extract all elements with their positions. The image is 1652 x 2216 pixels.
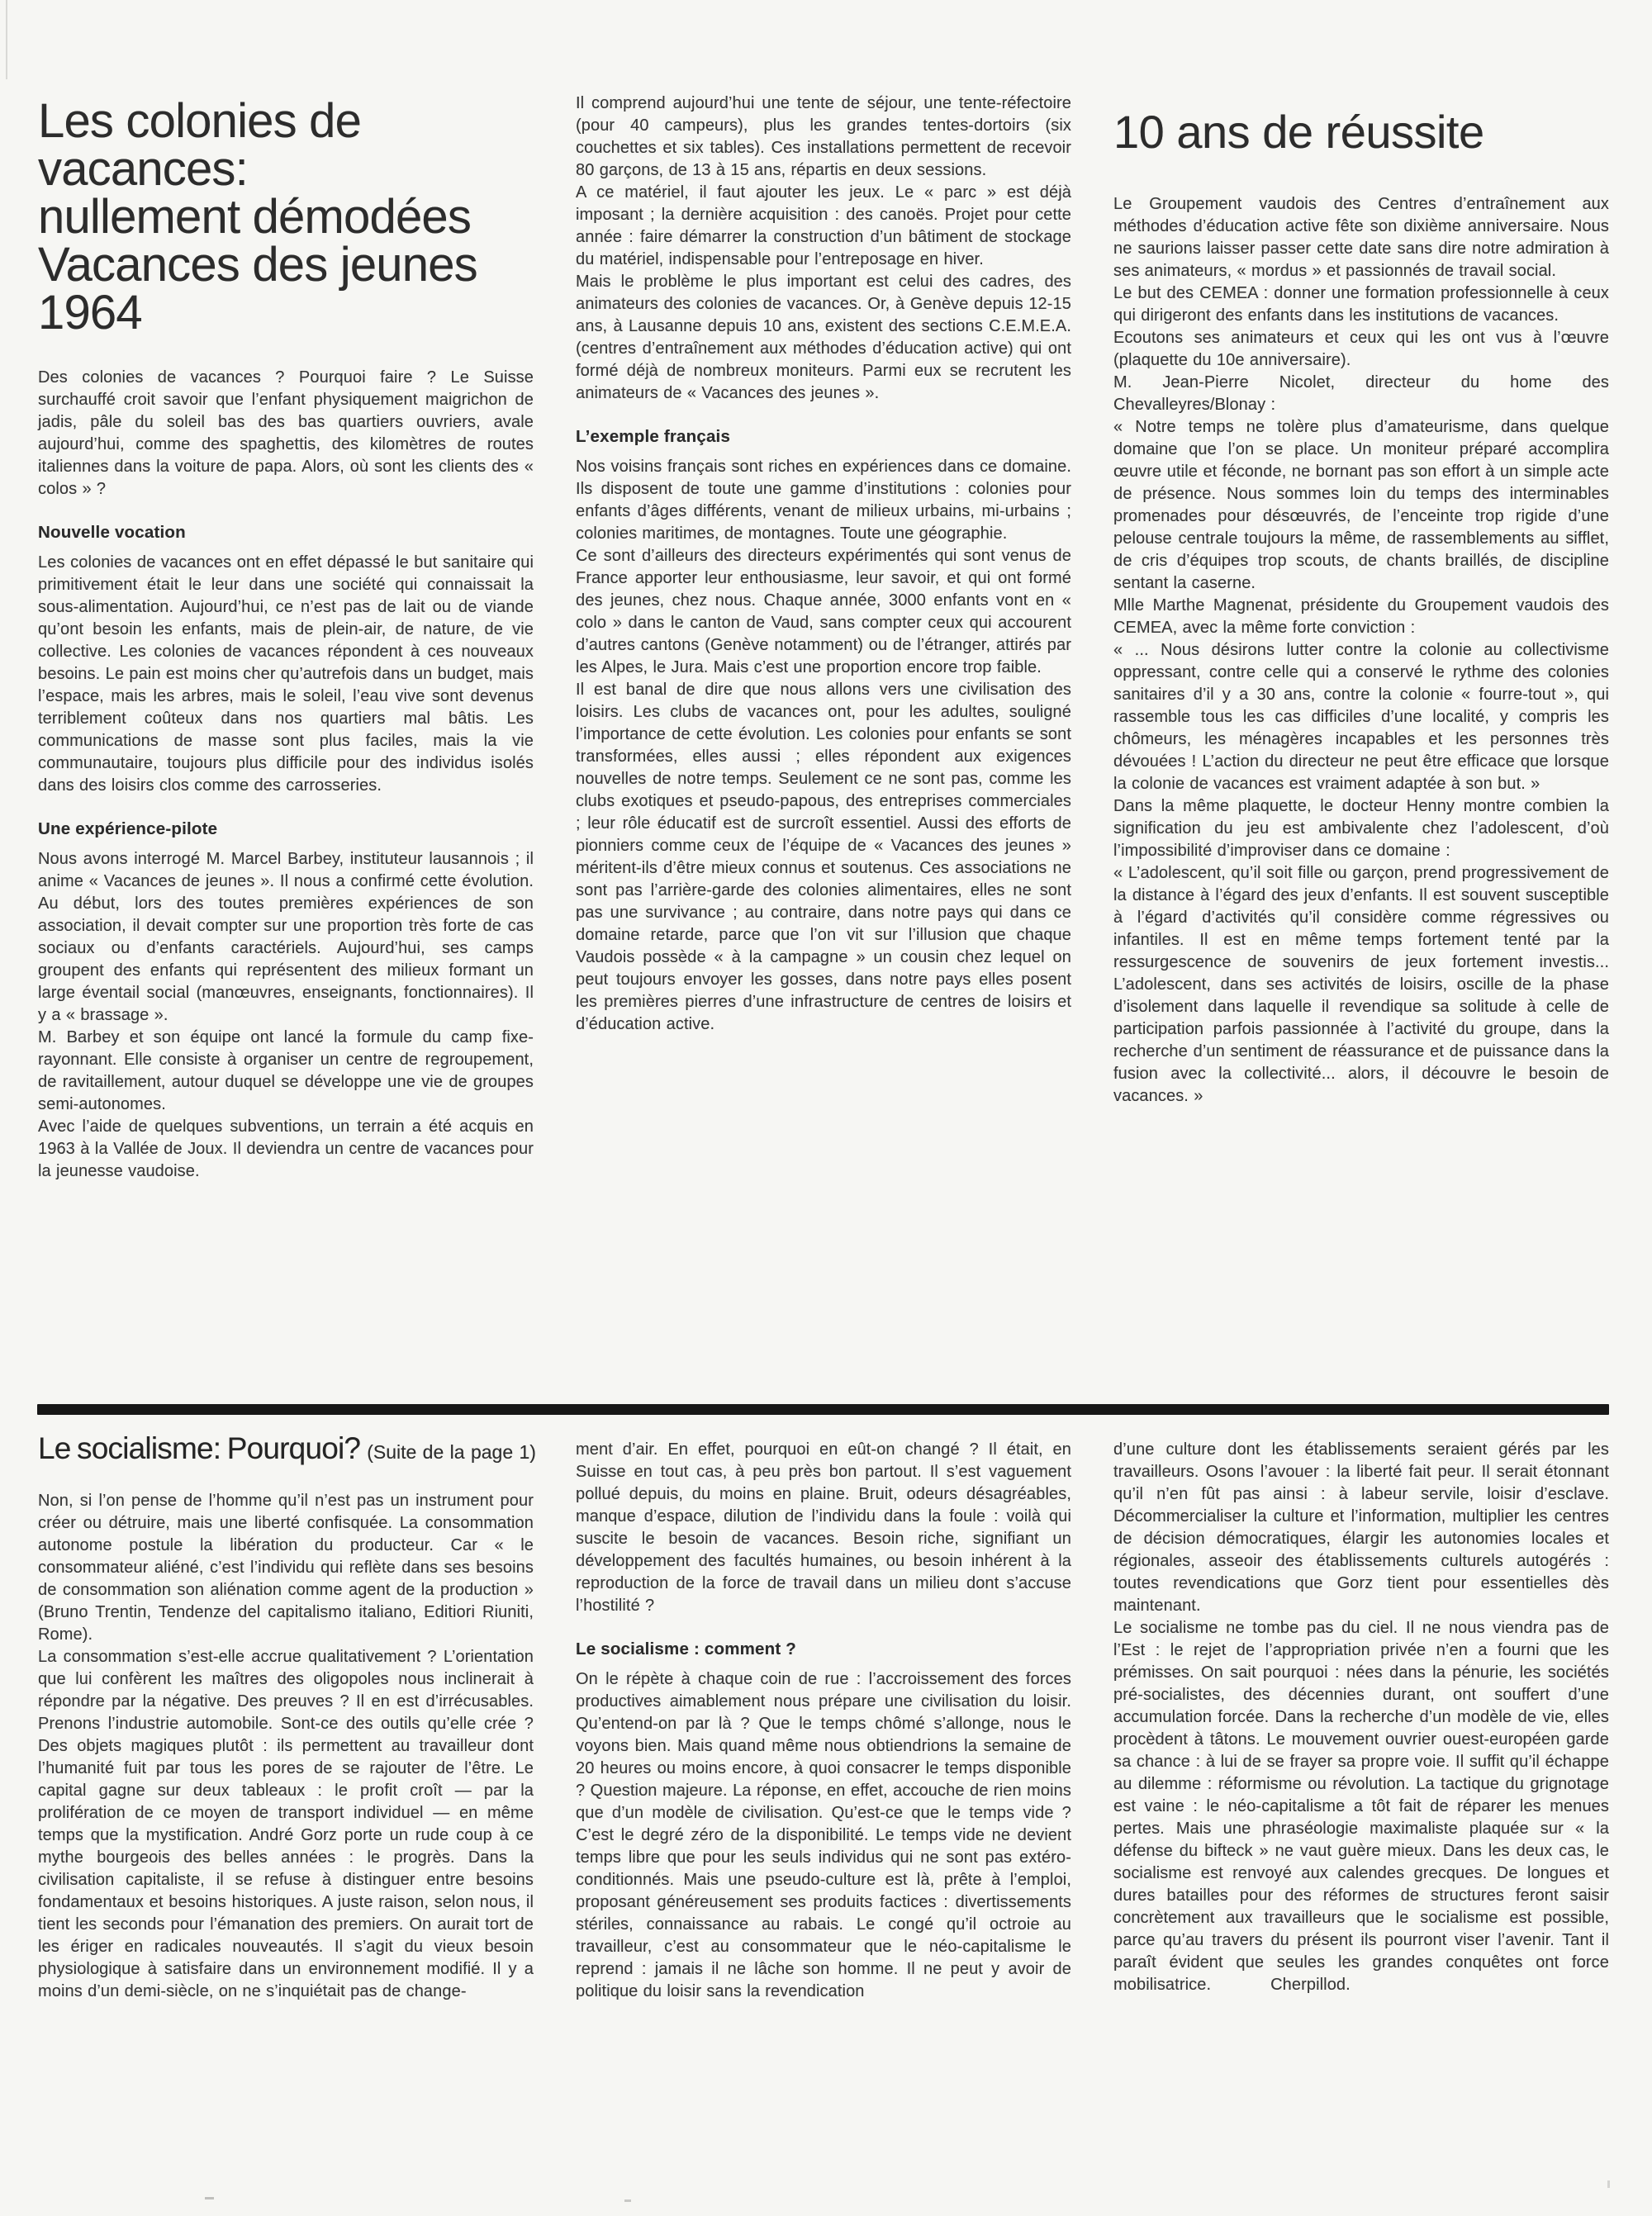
- paragraph: « Notre temps ne tolère plus d’amateuris…: [1113, 416, 1609, 595]
- section-divider-rule: [37, 1404, 1609, 1415]
- paragraph: Les colonies de vacances ont en effet dé…: [38, 552, 534, 797]
- socialisme-column-3-text: d’une culture dont les établissements se…: [1113, 1439, 1609, 1996]
- subhead-exemple-francais: L’exemple français: [576, 427, 1071, 447]
- paragraph: Le Groupement vaudois des Centres d’entr…: [1113, 193, 1609, 282]
- paragraph: Dans la même plaquette, le docteur Henny…: [1113, 795, 1609, 862]
- paragraph: « ... Nous désirons lutter contre la col…: [1113, 639, 1609, 795]
- paragraph: A ce matériel, il faut ajouter les jeux.…: [576, 182, 1071, 271]
- socialisme-column-1-text: Non, si l’on pense de l’homme qu’il n’es…: [38, 1490, 534, 2003]
- paragraph: Des colonies de vacances ? Pourquoi fair…: [38, 367, 534, 501]
- headline-reussite: 10 ans de réussite: [1113, 109, 1609, 155]
- paragraph: Nos voisins français sont riches en expé…: [576, 456, 1071, 545]
- author-signature: Cherpillod.: [1211, 1974, 1351, 1996]
- headline-colonies: Les colonies de vacances: nullement démo…: [38, 97, 534, 337]
- paragraph: Ecoutons ses animateurs et ceux qui les …: [1113, 327, 1609, 372]
- article-socialisme-column-2: ment d’air. En effet, pourquoi en eût-on…: [576, 1439, 1071, 2003]
- paragraph: d’une culture dont les établissements se…: [1113, 1439, 1609, 1617]
- article-colonies-column-1: Les colonies de vacances: nullement démo…: [38, 97, 534, 1183]
- paragraph: « L’adolescent, qu’il soit fille ou garç…: [1113, 862, 1609, 1108]
- article-socialisme-column-3: d’une culture dont les établissements se…: [1113, 1439, 1609, 1996]
- paragraph: Avec l’aide de quelques subventions, un …: [38, 1116, 534, 1183]
- subhead-nouvelle-vocation: Nouvelle vocation: [38, 523, 534, 543]
- headline-socialisme-main: Le socialisme: Pourquoi?: [38, 1431, 360, 1465]
- paragraph: ment d’air. En effet, pourquoi en eût-on…: [576, 1439, 1071, 1617]
- paragraph: La consommation s’est-elle accrue qualit…: [38, 1646, 534, 2003]
- paragraph: M. Barbey et son équipe ont lancé la for…: [38, 1027, 534, 1116]
- paragraph: Mais le problème le plus important est c…: [576, 271, 1071, 405]
- paragraph: Il comprend aujourd’hui une tente de séj…: [576, 93, 1071, 182]
- paragraph: Mlle Marthe Magnenat, présidente du Grou…: [1113, 595, 1609, 639]
- paragraph-text: Le socialisme ne tombe pas du ciel. Il n…: [1113, 1619, 1609, 1994]
- newspaper-page: Les colonies de vacances: nullement démo…: [0, 0, 1652, 2216]
- paragraph: On le répète à chaque coin de rue : l’ac…: [576, 1668, 1071, 2003]
- paragraph: Le but des CEMEA : donner une formation …: [1113, 282, 1609, 327]
- headline-socialisme-suite: (Suite de la page 1): [367, 1441, 536, 1463]
- paragraph: M. Jean-Pierre Nicolet, directeur du hom…: [1113, 372, 1609, 416]
- subhead-experience-pilote: Une expérience-pilote: [38, 819, 534, 839]
- scan-tick-mark: [624, 2199, 631, 2202]
- paragraph: Le socialisme ne tombe pas du ciel. Il n…: [1113, 1617, 1609, 1996]
- colonies-column-2-text: Il comprend aujourd’hui une tente de séj…: [576, 93, 1071, 1036]
- article-reussite-column: 10 ans de réussite Le Groupement vaudois…: [1113, 97, 1609, 1108]
- paragraph: Il est banal de dire que nous allons ver…: [576, 679, 1071, 1036]
- article-socialisme-column-1: Le socialisme: Pourquoi?(Suite de la pag…: [38, 1432, 534, 2003]
- paragraph: Ce sont d’ailleurs des directeurs expéri…: [576, 545, 1071, 679]
- scan-tick-mark: [1607, 2180, 1610, 2188]
- colonies-column-1-text: Des colonies de vacances ? Pourquoi fair…: [38, 367, 534, 1183]
- paragraph: Non, si l’on pense de l’homme qu’il n’es…: [38, 1490, 534, 1646]
- headline-socialisme: Le socialisme: Pourquoi?(Suite de la pag…: [38, 1432, 534, 1469]
- socialisme-column-2-text: ment d’air. En effet, pourquoi en eût-on…: [576, 1439, 1071, 2003]
- article-colonies-column-2: Il comprend aujourd’hui une tente de séj…: [576, 93, 1071, 1036]
- subhead-socialisme-comment: Le socialisme : comment ?: [576, 1639, 1071, 1659]
- paragraph: Nous avons interrogé M. Marcel Barbey, i…: [38, 848, 534, 1027]
- scan-tick-mark: [205, 2197, 214, 2199]
- scan-edge-mark: [6, 0, 7, 79]
- reussite-text: Le Groupement vaudois des Centres d’entr…: [1113, 193, 1609, 1108]
